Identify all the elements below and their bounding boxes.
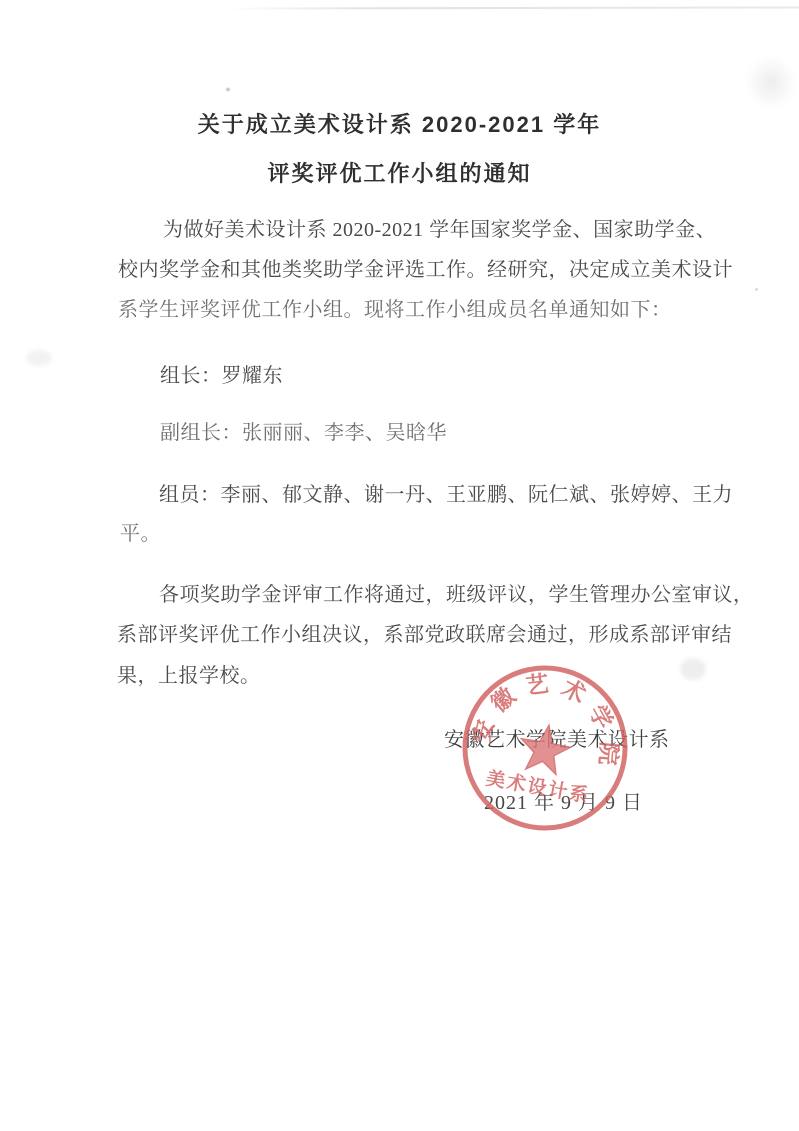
scan-artifact-smudge-top-right	[745, 55, 797, 110]
paragraph2-line-1: 各项奖助学金评审工作将通过，班级评议，学生管理办公室审议，	[159, 583, 754, 607]
scan-artifact-speck-right	[755, 288, 758, 291]
notice-title-line-1: 关于成立美术设计系 2020-2021 学年	[0, 112, 799, 138]
paragraph1-line-3: 系学生评奖评优工作小组。现将工作小组成员名单通知如下：	[118, 298, 672, 322]
deputy-leaders-line: 副组长：张丽丽、李李、吴晗华	[160, 421, 447, 445]
seal-arc-char-1: 安	[468, 717, 499, 746]
official-seal: 安 徽 艺 术 学 院 美术设计系	[435, 638, 655, 858]
paragraph1-line-2: 校内奖学金和其他类奖助学金评选工作。经研究，决定成立美术设计	[118, 258, 733, 282]
seal-department-text: 美术设计系	[484, 766, 591, 807]
group-leader-line: 组长：罗耀东	[160, 364, 283, 388]
scan-artifact-smudge-right-of-seal	[680, 658, 706, 680]
scan-artifact-smudge-left	[26, 350, 52, 366]
members-line-1: 组员：李丽、郁文静、谢一丹、王亚鹏、阮仁斌、张婷婷、王力	[159, 483, 733, 507]
members-line-2: 平。	[120, 522, 161, 546]
scan-artifact-speck	[226, 88, 230, 91]
scan-artifact-top-line	[225, 6, 799, 9]
seal-star-icon	[517, 721, 574, 776]
paragraph1-line-1: 为做好美术设计系 2020-2021 学年国家奖学金、国家助学金、	[163, 218, 716, 242]
paragraph2-line-2: 系部评奖评优工作小组决议，系部党政联席会通过，形成系部评审结	[117, 623, 732, 647]
seal-arc-char-3: 艺	[524, 670, 550, 699]
scanned-notice-page: 关于成立美术设计系 2020-2021 学年 评奖评优工作小组的通知 为做好美术…	[0, 0, 799, 1131]
notice-title-line-2: 评奖评优工作小组的通知	[0, 161, 799, 187]
paragraph2-line-3: 果，上报学校。	[117, 664, 261, 688]
seal-arc-char-6: 院	[595, 741, 623, 766]
